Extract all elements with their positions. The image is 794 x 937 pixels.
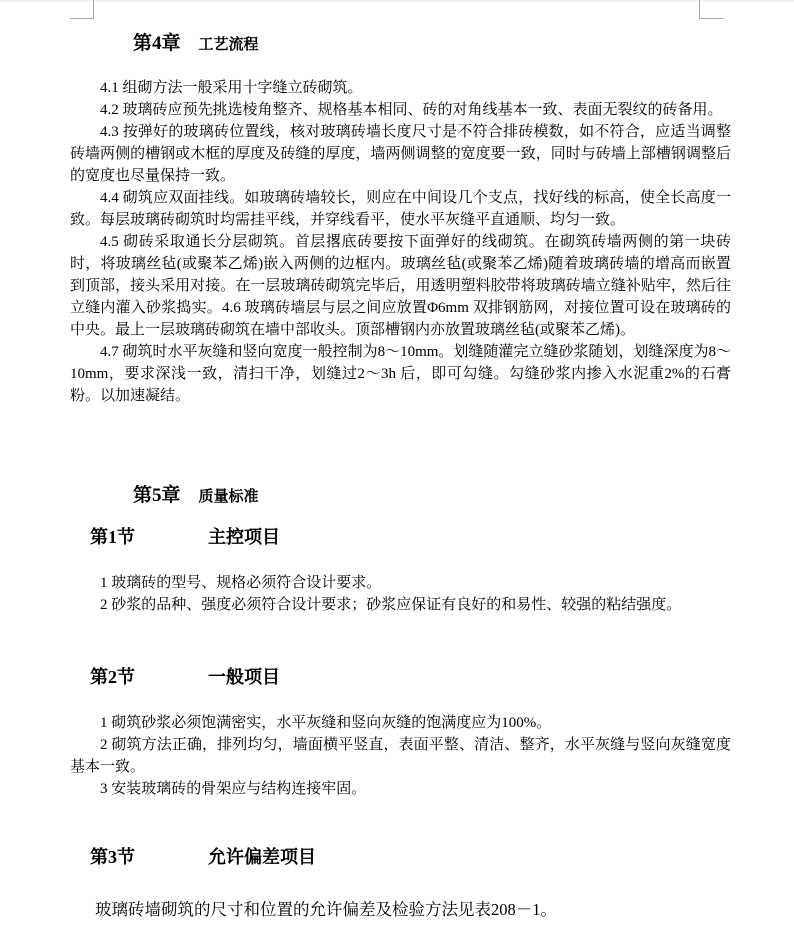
section1-body: 1 玻璃砖的型号、规格必须符合设计要求。 2 砂浆的品种、强度必须符合设计要求；… bbox=[70, 572, 731, 616]
paragraph-4-5-4-6: 4.5 砌砖采取通长分层砌筑。首层撂底砖要按下面弹好的线砌筑。在砌筑砖墙两侧的第… bbox=[70, 231, 731, 341]
chapter5-number: 第5章 bbox=[133, 485, 181, 506]
closing-line: 玻璃砖墙砌筑的尺寸和位置的允许偏差及检验方法见表208－1。 bbox=[95, 898, 755, 922]
section2-number: 第2节 bbox=[90, 667, 135, 687]
section1-number: 第1节 bbox=[90, 527, 135, 547]
list-item: 2 砌筑方法正确，排列均匀，墙面横平竖直，表面平整、清洁、整齐，水平灰缝与竖向灰… bbox=[70, 734, 731, 778]
list-item: 1 砌筑砂浆必须饱满密实，水平灰缝和竖向灰缝的饱满度应为100%。 bbox=[70, 712, 731, 734]
paragraph-4-3: 4.3 按弹好的玻璃砖位置线，核对玻璃砖墙长度尺寸是不符合排砖模数，如不符合，应… bbox=[70, 121, 731, 187]
document-page: 第4章工艺流程 4.1 组砌方法一般采用十字缝立砖砌筑。 4.2 玻璃砖应预先挑… bbox=[0, 0, 794, 937]
chapter4-heading: 第4章工艺流程 bbox=[133, 28, 259, 55]
paragraph-4-7: 4.7 砌筑时水平灰缝和竖向宽度一般控制为8～10mm。划缝随灌完立缝砂浆随划，… bbox=[70, 341, 731, 407]
section3-heading: 第3节允许偏差项目 bbox=[90, 843, 316, 869]
section3-title: 允许偏差项目 bbox=[208, 847, 316, 867]
chapter5-title: 质量标准 bbox=[199, 489, 259, 505]
list-item: 2 砂浆的品种、强度必须符合设计要求；砂浆应保证有良好的和易性、较强的粘结强度。 bbox=[70, 594, 731, 616]
section1-title: 主控项目 bbox=[208, 527, 280, 547]
list-item: 3 安装玻璃砖的骨架应与结构连接牢固。 bbox=[70, 778, 731, 800]
page-top-edge bbox=[0, 0, 794, 2]
text-boundary-mark-left bbox=[70, 0, 94, 19]
section1-heading: 第1节主控项目 bbox=[90, 523, 280, 549]
section3-number: 第3节 bbox=[90, 847, 135, 867]
list-item: 1 玻璃砖的型号、规格必须符合设计要求。 bbox=[70, 572, 731, 594]
paragraph-4-4: 4.4 砌筑应双面挂线。如玻璃砖墙较长，则应在中间设几个支点，找好线的标高，使全… bbox=[70, 187, 731, 231]
chapter5-heading: 第5章质量标准 bbox=[133, 480, 259, 507]
section2-title: 一般项目 bbox=[208, 667, 280, 687]
chapter4-body: 4.1 组砌方法一般采用十字缝立砖砌筑。 4.2 玻璃砖应预先挑选棱角整齐、规格… bbox=[70, 77, 731, 407]
section2-body: 1 砌筑砂浆必须饱满密实，水平灰缝和竖向灰缝的饱满度应为100%。 2 砌筑方法… bbox=[70, 712, 731, 800]
section2-heading: 第2节一般项目 bbox=[90, 663, 280, 689]
chapter4-title: 工艺流程 bbox=[199, 37, 259, 53]
text-boundary-mark-right bbox=[699, 0, 723, 19]
paragraph-4-1: 4.1 组砌方法一般采用十字缝立砖砌筑。 bbox=[70, 77, 731, 99]
chapter4-number: 第4章 bbox=[133, 33, 181, 54]
paragraph-4-2: 4.2 玻璃砖应预先挑选棱角整齐、规格基本相同、砖的对角线基本一致、表面无裂纹的… bbox=[70, 99, 731, 121]
